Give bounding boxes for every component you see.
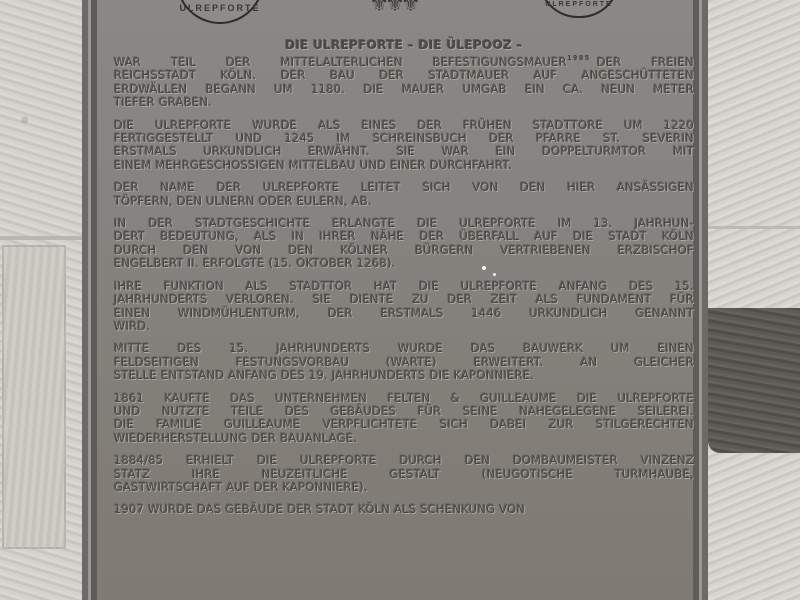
emblem-left-text: ULREPFORTE	[179, 3, 260, 13]
limestone-wall-right	[708, 0, 800, 600]
memorial-plaque: ULREPFORTE ⚜⚜⚜ ULREPFORTE 1985 DIE ULREP…	[82, 0, 708, 600]
inscription-line: DURCH DEN VON DEN KÖLNER BÜRGERN VERTRIE…	[114, 244, 694, 257]
inscription-line: WIRD.	[114, 320, 694, 333]
inscription-line: ERDWÄLLEN BEGANN UM 1180. DIE MAUER UMGA…	[114, 83, 694, 96]
inscription-paragraph: MITTE DES 15. JAHRHUNDERTS WURDE DAS BAU…	[114, 342, 694, 382]
inscription-paragraph: DER NAME DER ULREPFORTE LEITET SICH VON …	[114, 181, 694, 208]
paint-speck	[493, 273, 496, 276]
inscription-paragraph: 1861 KAUFTE DAS UNTERNEHMEN FELTEN & GUI…	[114, 392, 694, 446]
stone-slab	[2, 245, 66, 549]
inscription-line: TIEFER GRABEN.	[114, 96, 694, 109]
inscription-paragraph: IHRE FUNKTION ALS STADTTOR HAT DIE ULREP…	[114, 280, 694, 334]
inscription-line: 1861 KAUFTE DAS UNTERNEHMEN FELTEN & GUI…	[114, 392, 694, 405]
inscription-paragraphs: WAR TEIL DER MITTELALTERLICHEN BEFESTIGU…	[114, 56, 694, 517]
inscription-line: REICHSSTADT KÖLN. DER BAU DER STADTMAUER…	[114, 69, 694, 82]
mortar-joint	[0, 236, 82, 240]
inscription-line: DIE FAMILIE GUILLEAUME VERPFLICHTETE SIC…	[114, 418, 694, 431]
inscription-line: WIEDERHERSTELLUNG DER BAUANLAGE.	[114, 432, 694, 445]
fleur-de-lis-crest-icon: ⚜⚜⚜	[358, 0, 428, 18]
inscription-line: TÖPFERN, DEN ULNERN ODER EULERN, AB.	[114, 195, 694, 208]
inscription-paragraph: WAR TEIL DER MITTELALTERLICHEN BEFESTIGU…	[114, 56, 694, 110]
inscription-line: EINEM MEHRGESCHOSSIGEN MITTELBAU UND EIN…	[114, 159, 694, 172]
inscription-line: DIE ULREPFORTE WURDE ALS EINES DER FRÜHE…	[114, 119, 694, 132]
inscription-paragraph: 1907 WURDE DAS GEBÄUDE DER STADT KÖLN AL…	[114, 503, 694, 516]
inscription-line: GASTWIRTSCHAFT AUF DER KAPONNIERE).	[114, 481, 694, 494]
inscription-line: FELDSEITIGEN FESTUNGSVORBAU (WARTE) ERWE…	[114, 356, 694, 369]
mortar-joint	[708, 226, 800, 229]
inscription-line: DER NAME DER ULREPFORTE LEITET SICH VON …	[114, 181, 694, 194]
limestone-wall-left	[0, 0, 82, 600]
plaque-inscription: DIE ULREPFORTE – DIE ÜLEPOOZ – WAR TEIL …	[114, 38, 694, 526]
inscription-line: EINEN WINDMÜHLENTURM, DER ERSTMALS 1446 …	[114, 307, 694, 320]
inscription-paragraph: 1884/85 ERHIELT DIE ULREPFORTE DURCH DEN…	[114, 454, 694, 494]
inscription-line: MITTE DES 15. JAHRHUNDERTS WURDE DAS BAU…	[114, 342, 694, 355]
inscription-line: STELLE ENTSTAND ANFANG DES 19. JAHRHUNDE…	[114, 369, 694, 382]
emblem-seal-right-icon: ULREPFORTE 1985	[538, 0, 620, 18]
inscription-line: DERT BEDEUTUNG, ALS IN IHRER NÄHE DER ÜB…	[114, 230, 694, 243]
inscription-line: ERSTMALS URKUNDLICH ERWÄHNT. SIE WAR EIN…	[114, 145, 694, 158]
paint-speck	[482, 266, 486, 270]
emblem-seal-left-icon: ULREPFORTE	[176, 0, 264, 24]
inscription-paragraph: DIE ULREPFORTE WURDE ALS EINES DER FRÜHE…	[114, 119, 694, 173]
inscription-line: 1907 WURDE DAS GEBÄUDE DER STADT KÖLN AL…	[114, 503, 694, 516]
dark-weathered-stone	[708, 308, 800, 453]
inscription-line: JAHRHUNDERTS VERLOREN. SIE DIENTE ZU DER…	[114, 293, 694, 306]
inscription-paragraph: IN DER STADTGESCHICHTE ERLANGTE DIE ULRE…	[114, 217, 694, 271]
inscription-line: STATZ IHRE NEUZEITLICHE GESTALT (NEUGOTI…	[114, 468, 694, 481]
inscription-line: UND NUTZTE TEILE DES GEBÄUDES FÜR SEINE …	[114, 405, 694, 418]
inscription-line: 1884/85 ERHIELT DIE ULREPFORTE DURCH DEN…	[114, 454, 694, 467]
inscription-line: ENGELBERT II. ERFOLGTE (15. OKTOBER 1268…	[114, 257, 694, 270]
plaque-heading: DIE ULREPFORTE – DIE ÜLEPOOZ –	[114, 38, 694, 52]
photo-scene: ULREPFORTE ⚜⚜⚜ ULREPFORTE 1985 DIE ULREP…	[0, 0, 800, 600]
